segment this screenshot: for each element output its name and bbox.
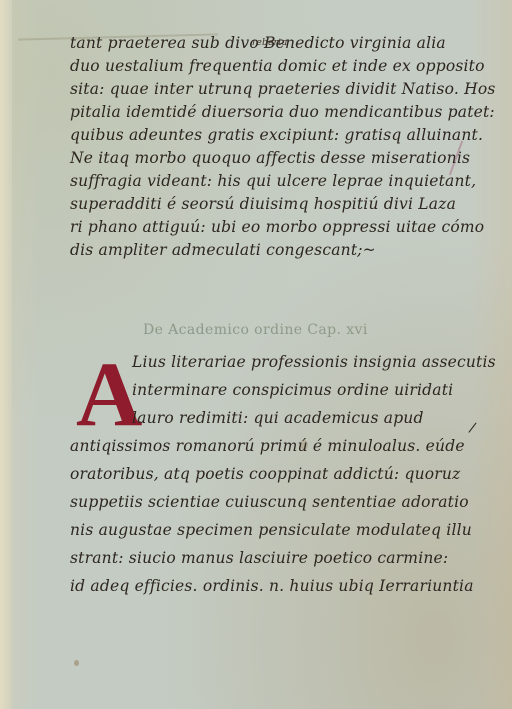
second-section-text: Lius literariae professionis insignia as…	[92, 348, 502, 600]
binding-edge	[0, 0, 12, 709]
text-line: suffragia videant: his qui ulcere leprae…	[70, 170, 490, 193]
ink-spot	[74, 660, 79, 666]
text-line: Ne itaq morbo quoquo affectis desse mise…	[70, 147, 490, 170]
first-section-text: reberta tant praeterea sub divo Benedict…	[70, 32, 490, 262]
text-line: antiqissimos romanorú primú é minuloalus…	[70, 432, 502, 460]
text-line: quibus adeuntes gratis excipiunt: gratis…	[70, 124, 490, 147]
text-line: duo uestalium frequentia domic et inde e…	[70, 55, 490, 78]
text-line: sita: quae inter utrunq praeteries divid…	[70, 78, 490, 101]
text-line: id adeq efficies. ordinis. n. huius ubiq…	[70, 572, 502, 600]
text-line: ri phano attiguú: ubi eo morbo oppressi …	[70, 216, 490, 239]
text-line: lauro redimiti: qui academicus apud	[92, 404, 502, 432]
text-line: superadditi é seorsú diuisimq hospitiú d…	[70, 193, 490, 216]
text-line: interminare conspicimus ordine uiridati	[92, 376, 502, 404]
interlinear-correction: reberta	[252, 38, 287, 48]
text-line: suppetiis scientiae cuiuscunq sententiae…	[70, 488, 502, 516]
text-line: strant: siucio manus lasciuire poetico c…	[70, 544, 502, 572]
text-line: Lius literariae professionis insignia as…	[92, 348, 502, 376]
manuscript-page: reberta tant praeterea sub divo Benedict…	[0, 0, 512, 709]
chapter-heading: De Academico ordine Cap. xvi	[143, 322, 368, 338]
text-line: pitalia idemtidé diuersoria duo mendican…	[70, 101, 490, 124]
text-line: nis augustae specimen pensiculate modula…	[70, 516, 502, 544]
text-line: oratoribus, atq poetis cooppinat addictú…	[70, 460, 502, 488]
text-line: dis ampliter admeculati congescant;~	[70, 239, 490, 262]
